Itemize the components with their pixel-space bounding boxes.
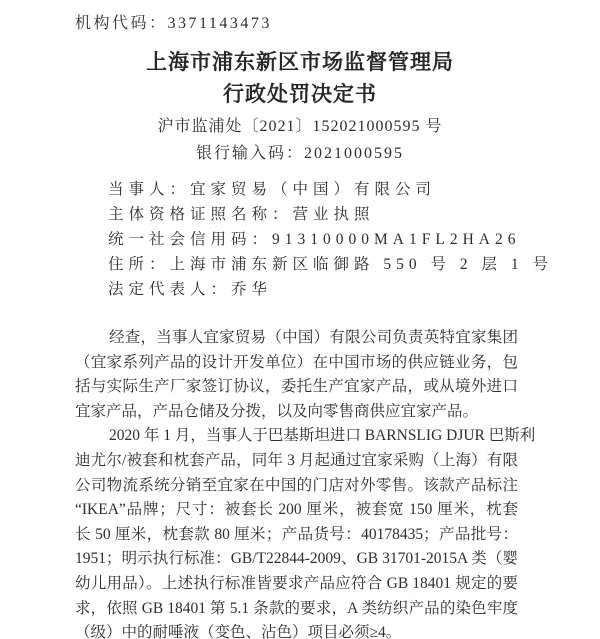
party-name-line: 当事人：宜家贸易（中国）有限公司	[108, 177, 578, 202]
paragraph-product-details: 2020 年 1 月，当事人于巴基斯坦进口 BARNSLIG DJUR 巴斯利 …	[75, 424, 518, 639]
body-line: 2020 年 1 月，当事人于巴基斯坦进口 BARNSLIG DJUR 巴斯利	[75, 424, 518, 449]
document-number: 沪市监浦处〔2021〕152021000595 号	[0, 113, 600, 136]
body-line: 公司物流系统分销至宜家在中国的门店对外零售。该款产品标注	[75, 474, 518, 499]
body-line: 经查，当事人宜家贸易（中国）有限公司负责英特宜家集团	[75, 326, 518, 351]
document-title-line2: 行政处罚决定书	[0, 78, 600, 108]
credit-code-line: 统一社会信用码：91310000MA1FL2HA26	[108, 227, 578, 252]
body-line: 宜家产品，产品仓储及分拨，以及向零售商供应宜家产品。	[75, 400, 518, 425]
document-body: 经查，当事人宜家贸易（中国）有限公司负责英特宜家集团 （宜家系列产品的设计开发单…	[75, 326, 518, 639]
paragraph-investigation: 经查，当事人宜家贸易（中国）有限公司负责英特宜家集团 （宜家系列产品的设计开发单…	[75, 326, 518, 424]
body-line: 迪尤尔/被套和枕套产品，同年 3 月起通过宜家采购（上海）有限	[75, 449, 518, 474]
body-line: （级）中的耐唾液（变色、沾色）项目必须≥4。	[75, 621, 518, 639]
body-line: 括与实际生产厂家签订协议，委托生产宜家产品，或从境外进口	[75, 375, 518, 400]
body-line: 求，依照 GB 18401 第 5.1 条款的要求，A 类纺织产品的染色牢度	[75, 597, 518, 622]
org-code-line: 机构代码：3371143473	[75, 10, 272, 33]
body-line: “IKEA”品牌；尺寸：被套长 200 厘米，被套宽 150 厘米，枕套	[75, 498, 518, 523]
body-line: 1951；明示执行标准：GB/T22844-2009、GB 31701-2015…	[75, 547, 518, 572]
body-line: （宜家系列产品的设计开发单位）在中国市场的供应链业务，包	[75, 351, 518, 376]
legal-representative-line: 法定代表人：乔华	[108, 277, 578, 302]
body-line: 幼儿用品）。上述执行标准皆要求产品应符合 GB 18401 规定的要	[75, 572, 518, 597]
penalty-decision-document: 机构代码：3371143473 上海市浦东新区市场监督管理局 行政处罚决定书 沪…	[0, 0, 600, 639]
document-title-line1: 上海市浦东新区市场监督管理局	[0, 46, 600, 76]
license-type-line: 主体资格证照名称：营业执照	[108, 202, 578, 227]
address-line: 住所：上海市浦东新区临御路 550 号 2 层 1 号	[108, 252, 578, 277]
party-info-block: 当事人：宜家贸易（中国）有限公司 主体资格证照名称：营业执照 统一社会信用码：9…	[108, 177, 578, 302]
bank-input-code: 银行输入码：2021000595	[0, 140, 600, 163]
body-line: 长 50 厘米，枕套款 80 厘米；产品货号：40178435；产品批号：	[75, 523, 518, 548]
